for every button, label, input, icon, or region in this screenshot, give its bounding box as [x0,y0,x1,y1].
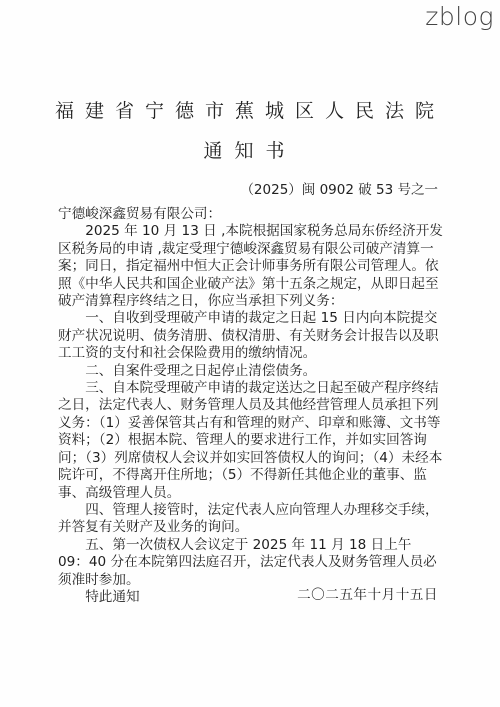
addressee: 宁德峻深鑫贸易有限公司： [58,206,444,223]
obligation-1: 一、自收到受理破产申请的裁定之日起 15 日内向本院提交财产状况说明、债务清册、… [58,310,444,362]
court-name-heading: 福建省宁德市蕉城区人民法院 [0,96,500,123]
intro-paragraph: 2025 年 10 月 13 日 ,本院根据国家税务总局东侨经济开发区税务局的申… [58,223,444,310]
document-type-heading: 通知书 [0,136,500,163]
obligation-2: 二、自案件受理之日起停止清偿债务。 [58,363,444,380]
obligation-4: 四、管理人接管时，法定代表人应向管理人办理移交手续，并答复有关财产及业务的询问。 [58,502,444,537]
obligation-3: 三、自本院受理破产申请的裁定送达之日起至破产程序终结之日，法定代表人、财务管理人… [58,380,444,502]
watermark-logo: zblog [425,2,494,31]
case-number: （2025）闽 0902 破 53 号之一 [240,178,438,198]
notice-body: 宁德峻深鑫贸易有限公司： 2025 年 10 月 13 日 ,本院根据国家税务总… [58,206,444,606]
issue-date: 二〇二五年十月十五日 [297,583,438,603]
obligation-5: 五、第一次债权人会议定于 2025 年 11 月 18 日上午 09：40 分在… [58,537,444,589]
